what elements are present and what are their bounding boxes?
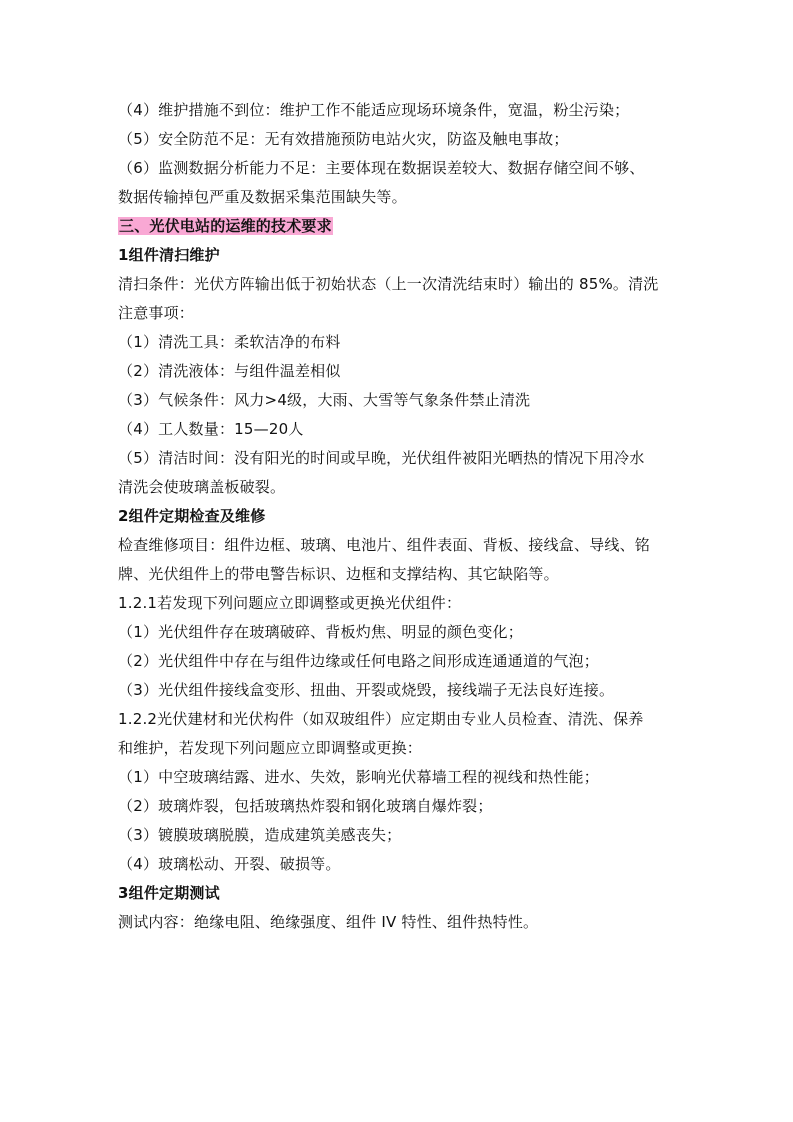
paragraph: 检查维修项目：组件边框、玻璃、电池片、组件表面、背板、接线盒、导线、铭 xyxy=(118,531,678,560)
list-item: （3）光伏组件接线盒变形、扭曲、开裂或烧毁，接线端子无法良好连接。 xyxy=(118,676,678,705)
subsection-heading: 1组件清扫维护 xyxy=(118,241,678,270)
document-page: （4）维护措施不到位：维护工作不能适应现场环境条件，宽温，粉尘污染； （5）安全… xyxy=(118,96,678,937)
list-item: （2）清洗液体：与组件温差相似 xyxy=(118,357,678,386)
paragraph: 1.2.1若发现下列问题应立即调整或更换光伏组件： xyxy=(118,589,678,618)
list-item: （5）清洁时间：没有阳光的时间或早晚，光伏组件被阳光晒热的情况下用冷水 xyxy=(118,444,678,473)
list-item: （1）清洗工具：柔软洁净的布料 xyxy=(118,328,678,357)
list-item: （4）玻璃松动、开裂、破损等。 xyxy=(118,850,678,879)
subsection-heading: 3组件定期测试 xyxy=(118,879,678,908)
paragraph-continuation: 牌、光伏组件上的带电警告标识、边框和支撑结构、其它缺陷等。 xyxy=(118,560,678,589)
list-item: （5）安全防范不足：无有效措施预防电站火灾，防盗及触电事故； xyxy=(118,125,678,154)
paragraph: 测试内容：绝缘电阻、绝缘强度、组件 IV 特性、组件热特性。 xyxy=(118,908,678,937)
list-item: （2）玻璃炸裂，包括玻璃热炸裂和钢化玻璃自爆炸裂； xyxy=(118,792,678,821)
paragraph: 1.2.2光伏建材和光伏构件（如双玻组件）应定期由专业人员检查、清洗、保养 xyxy=(118,705,678,734)
section-title: 三、光伏电站的运维的技术要求 xyxy=(118,212,678,241)
paragraph: 清扫条件：光伏方阵输出低于初始状态（上一次清洗结束时）输出的 85%。清洗 xyxy=(118,270,678,299)
list-item: （1）中空玻璃结露、进水、失效，影响光伏幕墙工程的视线和热性能； xyxy=(118,763,678,792)
list-item: （1）光伏组件存在玻璃破碎、背板灼焦、明显的颜色变化； xyxy=(118,618,678,647)
section-title-highlight: 三、光伏电站的运维的技术要求 xyxy=(118,217,333,235)
subsection-heading: 2组件定期检查及维修 xyxy=(118,502,678,531)
paragraph-continuation: 清洗会使玻璃盖板破裂。 xyxy=(118,473,678,502)
list-item: （4）工人数量：15—20人 xyxy=(118,415,678,444)
list-item: （2）光伏组件中存在与组件边缘或任何电路之间形成连通通道的气泡； xyxy=(118,647,678,676)
paragraph-continuation: 数据传输掉包严重及数据采集范围缺失等。 xyxy=(118,183,678,212)
paragraph-continuation: 和维护，若发现下列问题应立即调整或更换： xyxy=(118,734,678,763)
paragraph-continuation: 注意事项： xyxy=(118,299,678,328)
list-item: （6）监测数据分析能力不足：主要体现在数据误差较大、数据存储空间不够、 xyxy=(118,154,678,183)
list-item: （4）维护措施不到位：维护工作不能适应现场环境条件，宽温，粉尘污染； xyxy=(118,96,678,125)
list-item: （3）镀膜玻璃脱膜，造成建筑美感丧失； xyxy=(118,821,678,850)
list-item: （3）气候条件：风力>4级，大雨、大雪等气象条件禁止清洗 xyxy=(118,386,678,415)
